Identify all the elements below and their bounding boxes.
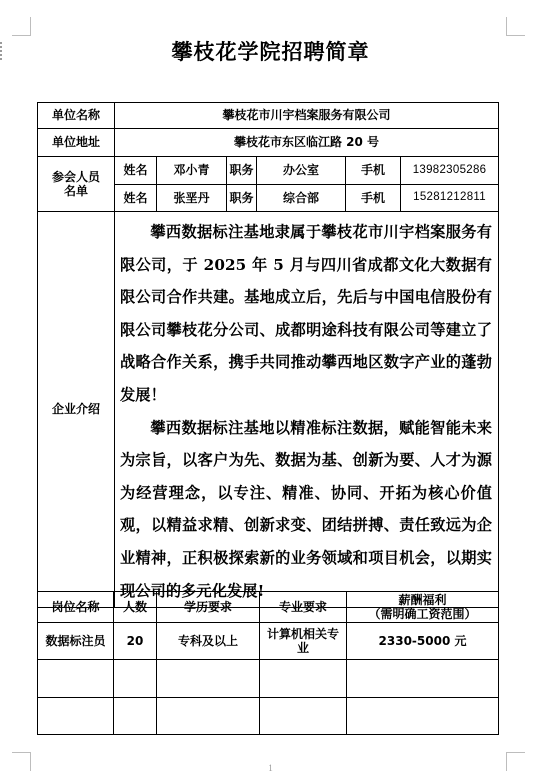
attendee-position: 综合部 (257, 185, 346, 212)
attendee-position-label: 职务 (227, 157, 257, 185)
position-education: 专科及以上 (157, 623, 260, 660)
attendee-phone: 13982305286 (401, 157, 499, 185)
position-title (38, 660, 114, 698)
position-row (38, 698, 499, 735)
document-title: 攀枝花学院招聘简章 (0, 36, 541, 66)
position-headcount: 20 (114, 623, 157, 660)
page-corner-mark-top-right (506, 17, 525, 36)
company-intro-text: 攀西数据标注基地隶属于攀枝花市川宇档案服务有限公司，于 2025 年 5 月与四… (115, 212, 499, 608)
header-headcount: 人数 (114, 592, 157, 623)
attendee-row: 参会人员 名单 姓名 邓小青 职务 办公室 手机 13982305286 (38, 157, 499, 185)
position-salary (347, 660, 499, 698)
header-position-title: 岗位名称 (38, 592, 114, 623)
attendees-label-line2: 名单 (38, 184, 114, 198)
company-address-row: 单位地址 攀枝花市东区临江路 20 号 (38, 129, 499, 157)
attendee-phone-label: 手机 (346, 157, 401, 185)
header-salary: 薪酬福利 （需明确工资范围） (347, 592, 499, 623)
page-corner-mark-top-left (12, 17, 31, 36)
position-row: 数据标注员 20 专科及以上 计算机相关专业 2330-5000 元 (38, 623, 499, 660)
position-education (157, 660, 260, 698)
attendee-position-label: 职务 (227, 185, 257, 212)
header-major: 专业要求 (260, 592, 347, 623)
position-salary (347, 698, 499, 735)
attendee-name: 张垩丹 (157, 185, 227, 212)
position-major (260, 660, 347, 698)
position-headcount (114, 660, 157, 698)
company-address-label: 单位地址 (38, 129, 115, 157)
positions-header-row: 岗位名称 人数 学历要求 专业要求 薪酬福利 （需明确工资范围） (38, 592, 499, 623)
company-name-value: 攀枝花市川宇档案服务有限公司 (115, 103, 499, 129)
company-name-label: 单位名称 (38, 103, 115, 129)
company-address-value: 攀枝花市东区临江路 20 号 (115, 129, 499, 157)
attendee-phone-label: 手机 (346, 185, 401, 212)
position-headcount (114, 698, 157, 735)
position-major: 计算机相关专业 (260, 623, 347, 660)
page-number: 1 (0, 763, 541, 773)
position-education (157, 698, 260, 735)
intro-paragraph: 攀西数据标注基地隶属于攀枝花市川宇档案服务有限公司，于 2025 年 5 月与四… (120, 216, 492, 412)
intro-paragraph: 攀西数据标注基地以精准标注数据，赋能智能未来为宗旨，以客户为先、数据为基、创新为… (120, 412, 492, 608)
position-title: 数据标注员 (38, 623, 114, 660)
position-title (38, 698, 114, 735)
attendees-label: 参会人员 名单 (38, 157, 115, 212)
position-major (260, 698, 347, 735)
attendee-name-label: 姓名 (115, 157, 157, 185)
company-intro-label: 企业介绍 (38, 212, 115, 608)
recruitment-form-table: 单位名称 攀枝花市川宇档案服务有限公司 单位地址 攀枝花市东区临江路 20 号 … (37, 102, 499, 608)
positions-table: 岗位名称 人数 学历要求 专业要求 薪酬福利 （需明确工资范围） 数据标注员 2… (37, 591, 499, 735)
header-salary-line1: 薪酬福利 (347, 593, 498, 607)
attendees-label-line1: 参会人员 (38, 170, 114, 184)
attendee-phone: 15281212811 (401, 185, 499, 212)
position-salary: 2330-5000 元 (347, 623, 499, 660)
position-row (38, 660, 499, 698)
company-name-row: 单位名称 攀枝花市川宇档案服务有限公司 (38, 103, 499, 129)
attendee-position: 办公室 (257, 157, 346, 185)
attendee-name: 邓小青 (157, 157, 227, 185)
attendee-name-label: 姓名 (115, 185, 157, 212)
header-salary-line2: （需明确工资范围） (347, 607, 498, 621)
header-education: 学历要求 (157, 592, 260, 623)
company-intro-row: 企业介绍 攀西数据标注基地隶属于攀枝花市川宇档案服务有限公司，于 2025 年 … (38, 212, 499, 608)
